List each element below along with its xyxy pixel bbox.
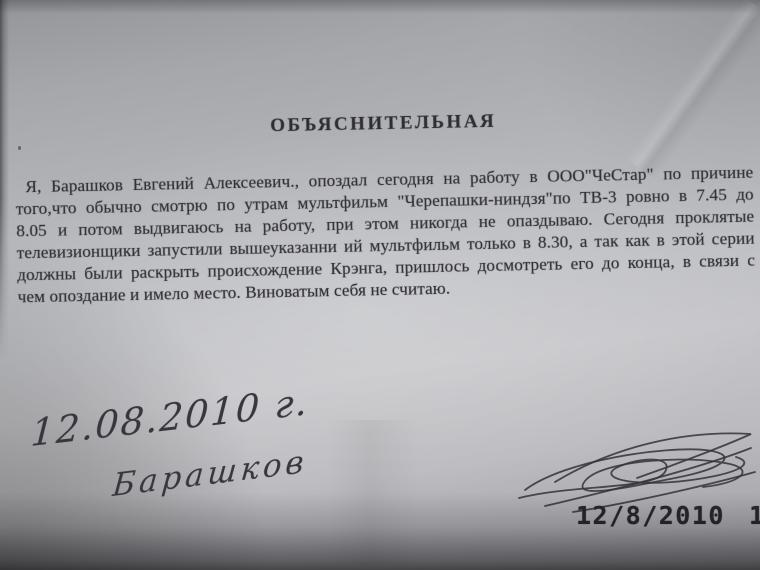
document-title: ОБЪЯСНИТЕЛЬНАЯ (14, 105, 752, 144)
document-body: Я, Барашков Евгений Алексеевич., опоздал… (15, 162, 756, 309)
document-photo: ОБЪЯСНИТЕЛЬНАЯ Я, Барашков Евгений Алекс… (0, 0, 760, 570)
paper-sheet: ОБЪЯСНИТЕЛЬНАЯ Я, Барашков Евгений Алекс… (14, 105, 756, 309)
bottom-shadow (0, 492, 760, 570)
handwritten-date: 12.08.2010 г. (30, 380, 311, 455)
left-edge-shadow (0, 0, 10, 360)
top-shadow (0, 0, 760, 14)
